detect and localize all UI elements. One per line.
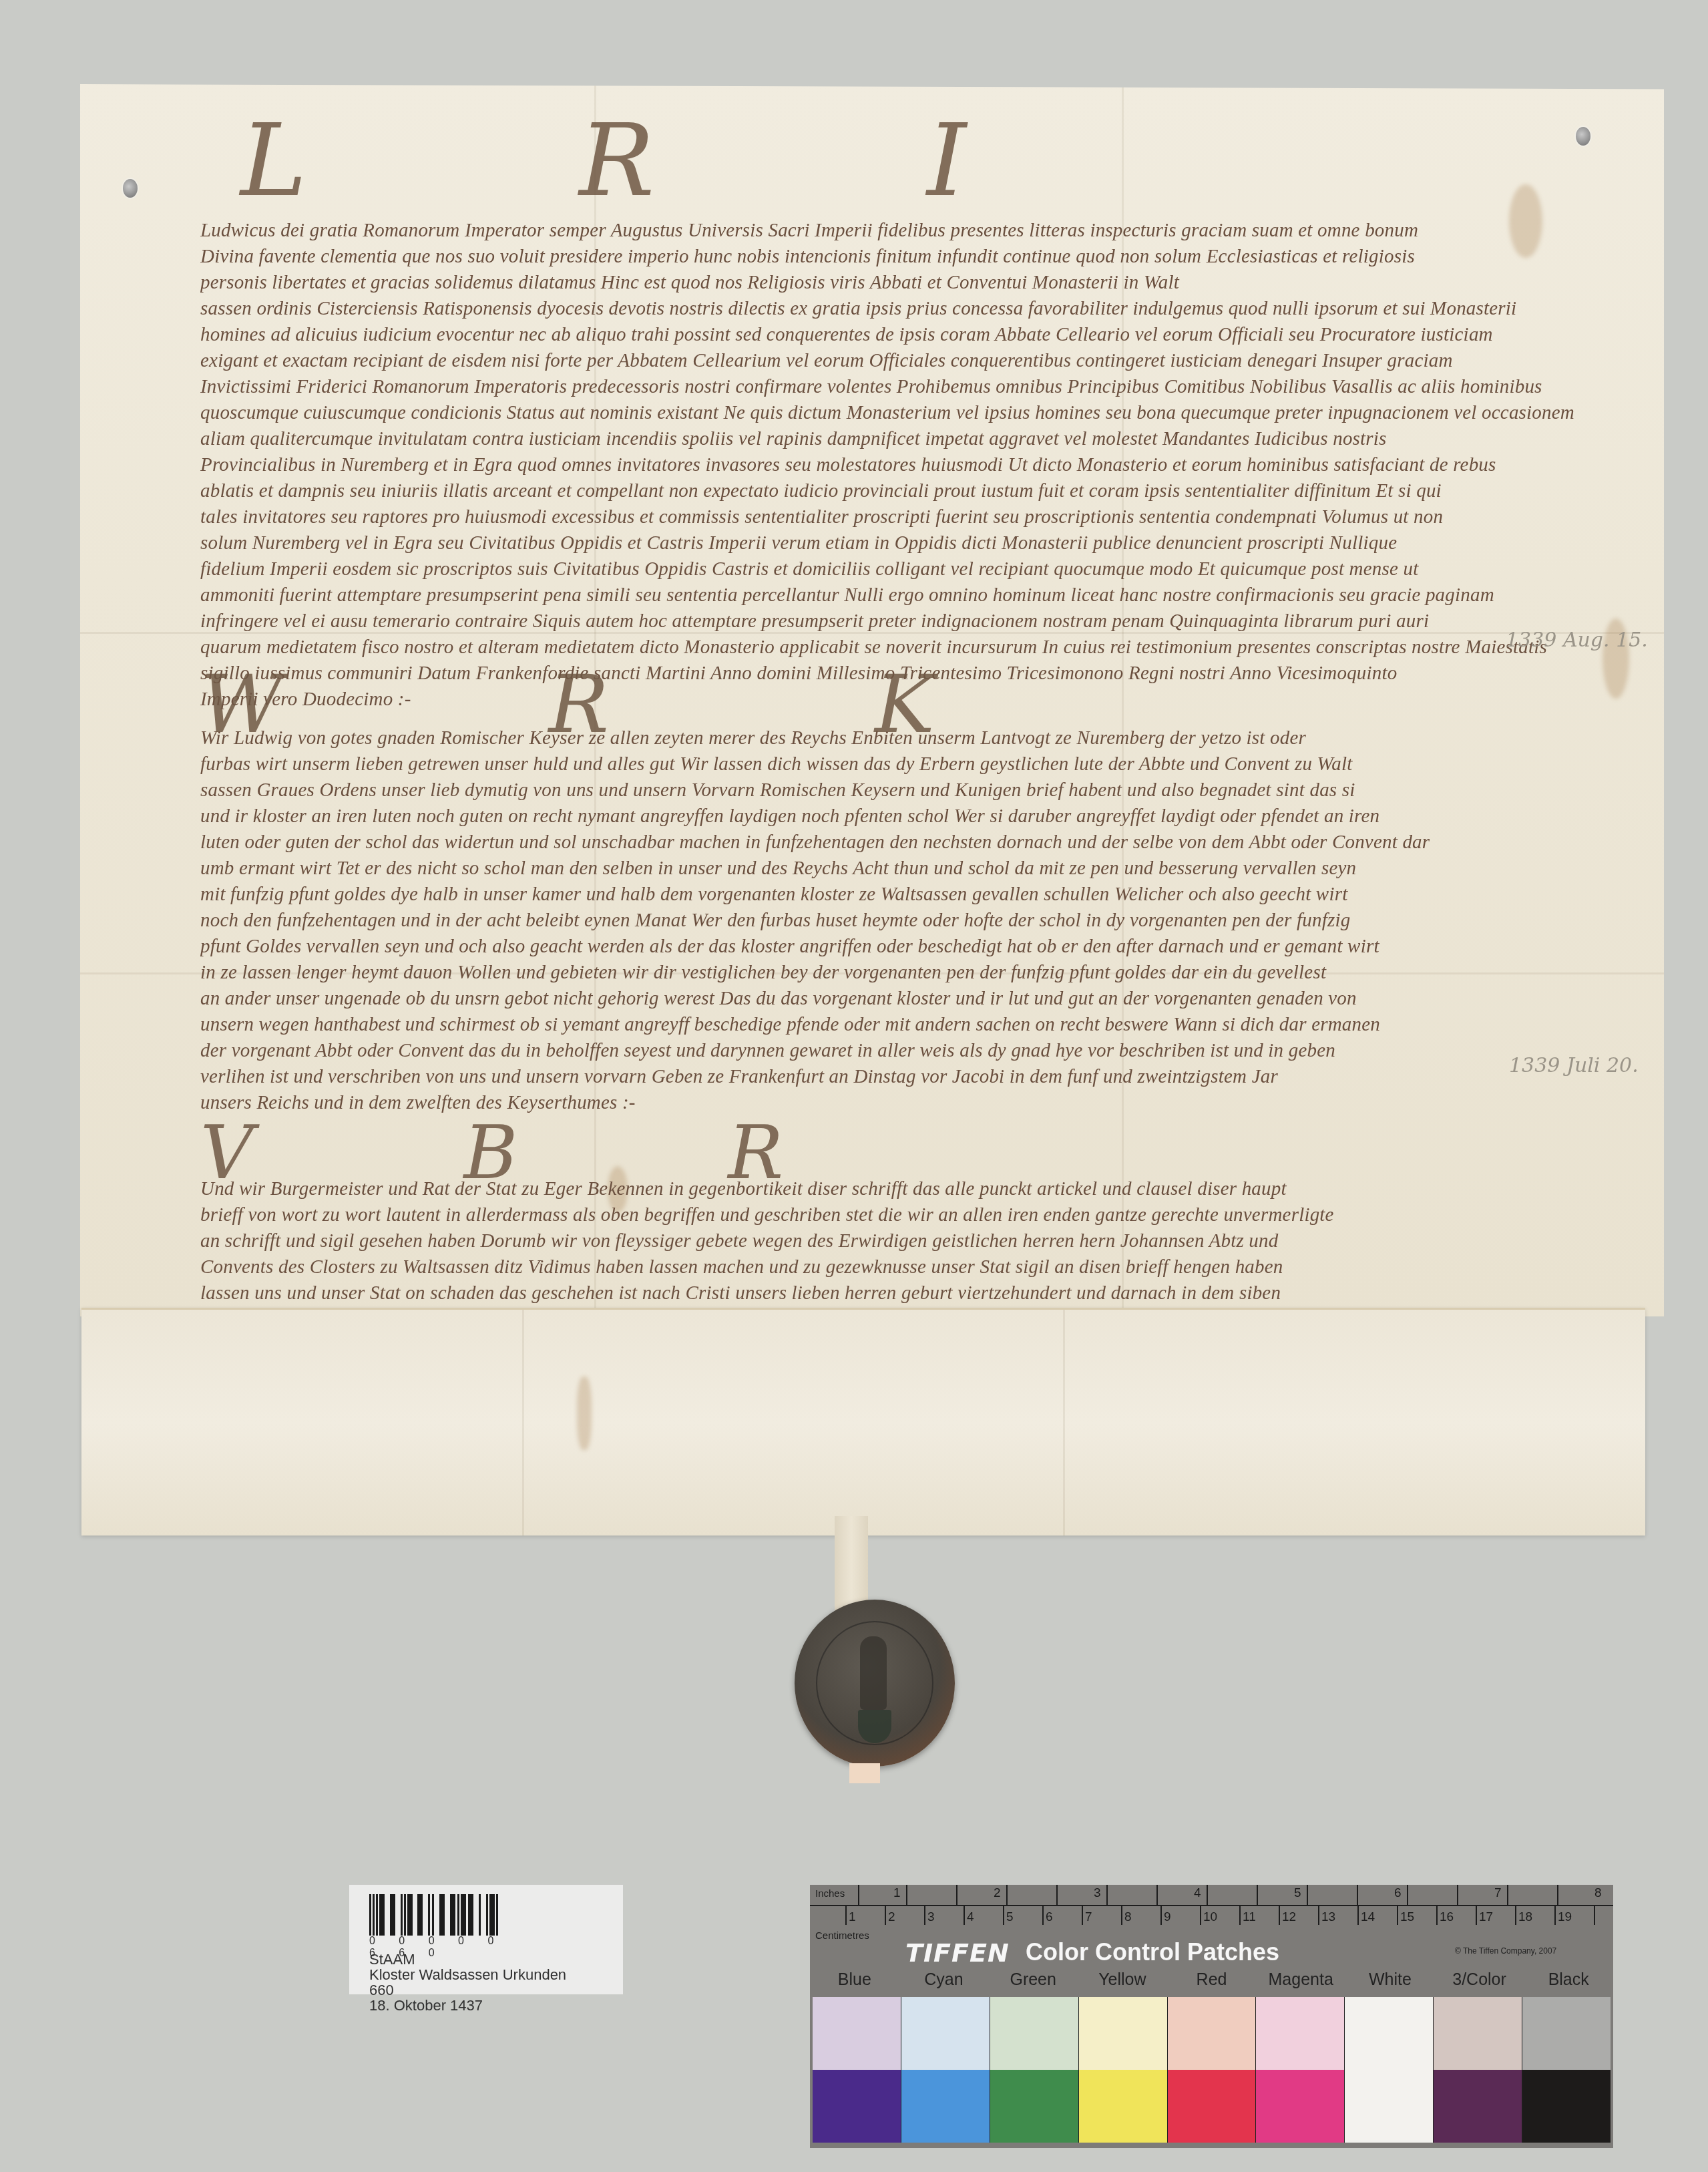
inch-ruler: Inches 1 2 3 4 5 6 7 8 — [810, 1885, 1613, 1906]
pencil-date-note: 1339 Juli 20. — [1509, 1054, 1639, 1077]
patch-label-cyan: Cyan — [899, 1970, 989, 1994]
text-line: der vorgenant Abbt oder Convent das du i… — [200, 1038, 1624, 1064]
document-number: 660 — [369, 1982, 566, 1998]
latin-text-block: Ludwicus dei gratia Romanorum Imperator … — [200, 218, 1624, 713]
patch-light — [1522, 1997, 1611, 2070]
patch-dark — [813, 2070, 901, 2143]
seal-figure-icon — [860, 1636, 887, 1710]
text-line: noch den funfzehentagen und in der acht … — [200, 908, 1624, 934]
text-line: tales invitatores seu raptores pro huius… — [200, 504, 1624, 530]
pencil-date-note: 1339 Aug. 15. — [1506, 628, 1648, 652]
patch-light — [813, 1997, 901, 2070]
patch-column-blue — [813, 1997, 901, 2143]
chart-copyright: © The Tiffen Company, 2007 — [1455, 1946, 1556, 1956]
text-line: Convents des Closters zu Waltsassen ditz… — [200, 1254, 1624, 1280]
text-line: Ludwicus dei gratia Romanorum Imperator … — [200, 218, 1624, 244]
patch-column-cyan — [901, 1997, 990, 2143]
seal-strip-tail — [849, 1763, 880, 1783]
text-line: quarum medietatem fisco nostro et altera… — [200, 635, 1624, 661]
fold-crease — [1063, 1310, 1065, 1535]
color-patches-grid — [813, 1997, 1611, 2143]
ruler-label-inches: Inches — [815, 1888, 845, 1899]
text-line: mit funfzig pfunt goldes dye halb in uns… — [200, 882, 1624, 908]
patch-column-green — [990, 1997, 1078, 2143]
archive-name: StAAM — [369, 1952, 566, 1967]
patch-label-blue: Blue — [810, 1970, 899, 1994]
german-text-block: Wir Ludwig von gotes gnaden Romischer Ke… — [200, 725, 1624, 1116]
text-line: pfunt Goldes vervallen seyn und och also… — [200, 934, 1624, 960]
patch-dark — [1079, 2070, 1167, 2143]
color-control-chart: Inches 1 2 3 4 5 6 7 8 — [810, 1885, 1613, 2148]
archive-label: 0 0 0 0 0 6 6 0 StAAM Kloster Waldsassen… — [349, 1885, 623, 1994]
text-line: ammoniti fuerint attemptare presumpserin… — [200, 582, 1624, 608]
mounting-hole — [122, 178, 139, 199]
patch-column-yellow — [1078, 1997, 1167, 2143]
text-line: fidelium Imperii eosdem sic proscriptos … — [200, 556, 1624, 582]
text-line: lassen uns und unser Stat on schaden das… — [200, 1280, 1624, 1306]
patch-dark — [1256, 2070, 1344, 2143]
patch-label-black: Black — [1524, 1970, 1613, 1994]
text-line: quoscumque cuiuscumque condicionis Statu… — [200, 400, 1624, 426]
text-line: sassen Graues Ordens unser lieb dymutig … — [200, 777, 1624, 803]
patch-dark — [1522, 2070, 1611, 2143]
patch-column-magenta — [1255, 1997, 1344, 2143]
patch-column-3color — [1433, 1997, 1522, 2143]
archive-label-text: StAAM Kloster Waldsassen Urkunden 660 18… — [369, 1952, 566, 2013]
patch-label-green: Green — [988, 1970, 1078, 1994]
text-line: infringere vel ei ausu temerario contrai… — [200, 608, 1624, 635]
decorated-initials: W R K — [200, 665, 1624, 745]
patch-column-red — [1167, 1997, 1256, 2143]
chart-title: Color Control Patches — [1026, 1938, 1279, 1966]
collection-name: Kloster Waldsassen Urkunden — [369, 1967, 566, 1982]
vidimus-section: V B R Und wir Burgermeister und Rat der … — [200, 1116, 1624, 1332]
text-line: Provincialibus in Nuremberg et in Egra q… — [200, 452, 1624, 478]
patch-dark — [990, 2070, 1078, 2143]
text-line: solum Nuremberg vel in Egra seu Civitati… — [200, 530, 1624, 556]
text-line: aliam qualitercumque invitulatam contra … — [200, 426, 1624, 452]
fold-crease — [522, 1310, 524, 1535]
decorated-initials: V B R — [200, 1116, 1624, 1190]
patch-label-red: Red — [1167, 1970, 1257, 1994]
patch-dark — [1434, 2070, 1522, 2143]
patch-labels: Blue Cyan Green Yellow Red Magenta White… — [810, 1970, 1613, 1994]
tiffen-logo: TIFFEN — [905, 1938, 1010, 1968]
text-line: und ir kloster an iren luten noch guten … — [200, 803, 1624, 830]
patch-light — [1345, 1997, 1433, 2070]
text-line: verlihen ist und verschriben von uns und… — [200, 1064, 1624, 1090]
parchment-plica-fold — [81, 1308, 1645, 1535]
text-line: ablatis et dampnis seu iniuriis illatis … — [200, 478, 1624, 504]
charter-parchment: L R I Ludwicus dei gratia Romanorum Impe… — [80, 84, 1664, 1316]
document-date: 18. Oktober 1437 — [369, 1998, 566, 2013]
text-line: in ze lassen lenger heymt dauon Wollen u… — [200, 960, 1624, 986]
german-charter-section: W R K Wir Ludwig von gotes gnaden Romisc… — [200, 665, 1624, 1116]
text-line: brieff von wort zu wort lautent in aller… — [200, 1202, 1624, 1228]
stain — [577, 1377, 592, 1450]
patch-label-white: White — [1345, 1970, 1435, 1994]
patch-dark — [901, 2070, 990, 2143]
text-line: umb ermant wirt Tet er des nicht so scho… — [200, 856, 1624, 882]
text-line: an ander unser ungenade ob du unsrn gebo… — [200, 986, 1624, 1012]
patch-label-3color: 3/Color — [1435, 1970, 1524, 1994]
patch-label-magenta: Magenta — [1256, 1970, 1345, 1994]
patch-dark — [1345, 2070, 1433, 2143]
text-line: Divina favente clementia que nos suo vol… — [200, 244, 1624, 270]
text-line: personis libertates et gracias solidemus… — [200, 270, 1624, 296]
barcode-icon — [369, 1894, 529, 1936]
decorated-initials: L R I — [240, 111, 1624, 211]
centimetre-ruler: 1 2 3 4 5 6 7 8 9 10 11 12 13 14 15 16 1… — [810, 1905, 1613, 1928]
text-line: luten oder guten der schol das widertun … — [200, 830, 1624, 856]
latin-charter-section: L R I Ludwicus dei gratia Romanorum Impe… — [200, 111, 1624, 713]
text-line: an schrifft und sigil gesehen haben Doru… — [200, 1228, 1624, 1254]
text-line: Invictissimi Friderici Romanorum Imperat… — [200, 374, 1624, 400]
patch-label-yellow: Yellow — [1078, 1970, 1167, 1994]
patch-light — [1434, 1997, 1522, 2070]
patch-light — [1079, 1997, 1167, 2070]
patch-light — [901, 1997, 990, 2070]
patch-column-white — [1344, 1997, 1433, 2143]
wax-seal — [795, 1600, 955, 1767]
patch-light — [1168, 1997, 1256, 2070]
text-line: furbas wirt unserm lieben getrewen unser… — [200, 751, 1624, 777]
text-line: sassen ordinis Cisterciensis Ratisponens… — [200, 296, 1624, 322]
ruler-label-centimetres: Centimetres — [815, 1930, 869, 1942]
patch-column-black — [1522, 1997, 1611, 2143]
patch-dark — [1168, 2070, 1256, 2143]
patch-light — [1256, 1997, 1344, 2070]
text-line: exigant et exactam recipiant de eisdem n… — [200, 348, 1624, 374]
text-line: unsern wegen hanthabest und schirmest ob… — [200, 1012, 1624, 1038]
patch-light — [990, 1997, 1078, 2070]
text-line: homines ad alicuius iudicium evocentur n… — [200, 322, 1624, 348]
seal-shield-icon — [858, 1710, 891, 1743]
